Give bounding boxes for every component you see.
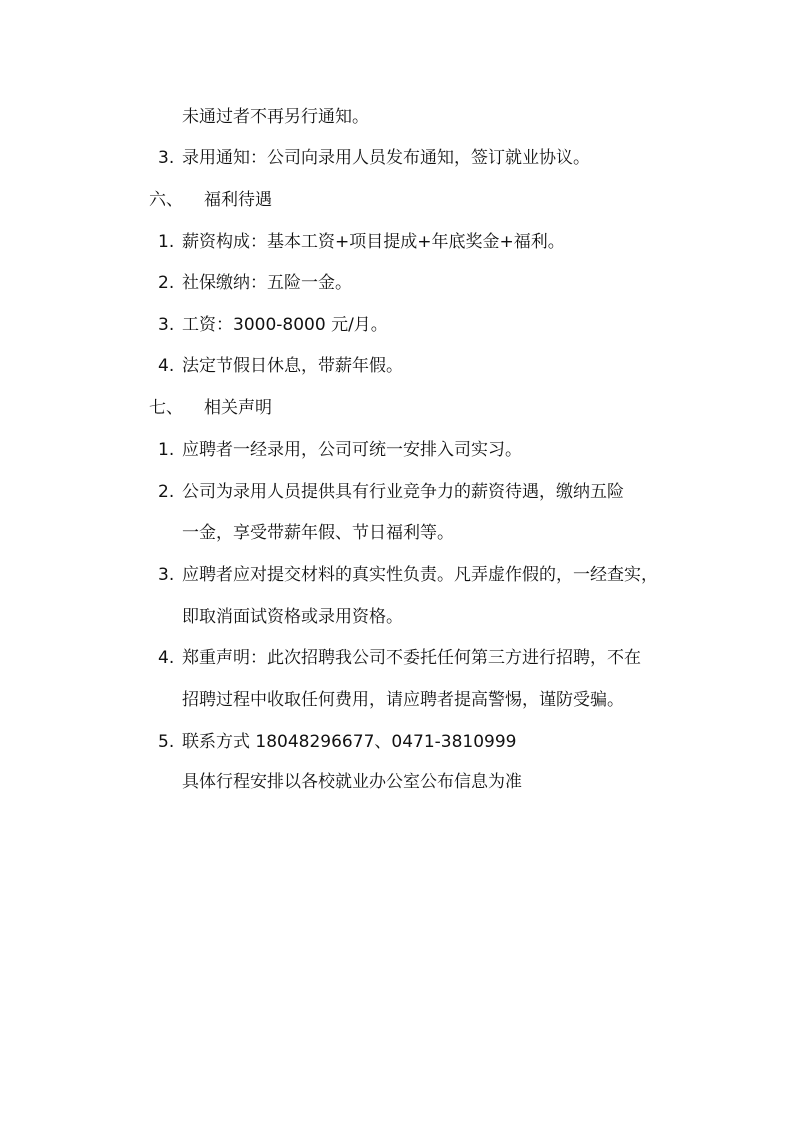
list-number: 3. [158, 564, 174, 586]
list-text: 联系方式 18048296677、0471-3810999 [182, 731, 517, 753]
list-text: 应聘者应对提交材料的真实性负责。凡弄虚作假的，一经查实， [182, 564, 658, 586]
list-text: 薪资构成：基本工资+项目提成+年底奖金+福利。 [182, 231, 565, 253]
list-number: 3. [158, 314, 174, 336]
list-number: 3. [158, 147, 174, 169]
paragraph-text: 未通过者不再另行通知。 [182, 106, 369, 128]
list-number: 2. [158, 481, 174, 503]
section-number: 六、 [149, 189, 183, 211]
list-text-continued: 一金，享受带薪年假、节日福利等。 [182, 522, 454, 544]
list-number: 5. [158, 731, 174, 753]
list-number: 1. [158, 231, 174, 253]
list-text-continued: 具体行程安排以各校就业办公室公布信息为准 [182, 771, 522, 793]
list-number: 1. [158, 439, 174, 461]
list-text: 郑重声明：此次招聘我公司不委托任何第三方进行招聘，不在 [182, 647, 641, 669]
list-text: 法定节假日休息，带薪年假。 [182, 355, 403, 377]
list-text-continued: 即取消面试资格或录用资格。 [182, 606, 403, 628]
list-text: 录用通知：公司向录用人员发布通知，签订就业协议。 [182, 147, 590, 169]
list-number: 4. [158, 647, 174, 669]
section-title: 福利待遇 [204, 189, 272, 211]
section-number: 七、 [149, 397, 183, 419]
list-text: 公司为录用人员提供具有行业竞争力的薪资待遇，缴纳五险 [182, 481, 624, 503]
list-number: 4. [158, 355, 174, 377]
section-title: 相关声明 [204, 397, 272, 419]
list-number: 2. [158, 272, 174, 294]
list-text: 工资：3000-8000 元/月。 [182, 314, 388, 336]
list-text: 应聘者一经录用，公司可统一安排入司实习。 [182, 439, 522, 461]
list-text-continued: 招聘过程中收取任何费用，请应聘者提高警惕，谨防受骗。 [182, 689, 624, 711]
list-text: 社保缴纳：五险一金。 [182, 272, 352, 294]
